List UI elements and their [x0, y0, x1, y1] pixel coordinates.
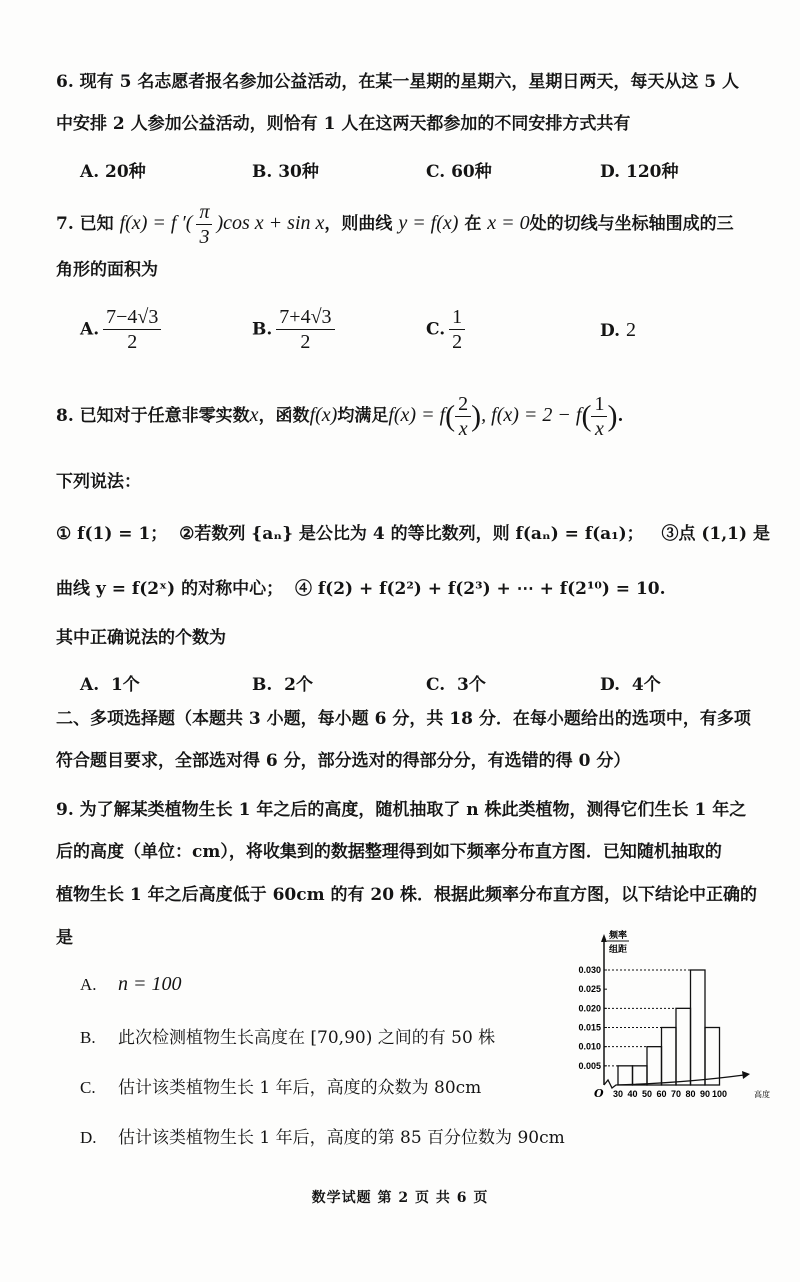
svg-text:70: 70: [671, 1089, 681, 1099]
q8-statements-line1: ① f(1) = 1； ②若数列 {aₙ} 是公比为 4 的等比数列，则 f(a…: [56, 522, 770, 546]
q8-stem: 8. 已知对于任意非零实数x，函数f(x)均满足f(x) = f(2x), f(…: [56, 392, 770, 441]
q8-statement-3-part1: ③点 (1,1) 是: [661, 524, 770, 544]
q7-pi-over-3: π3: [196, 200, 212, 249]
q8-question: 其中正确说法的个数为: [56, 626, 770, 650]
svg-text:频率: 频率: [609, 929, 627, 941]
q6-option-a[interactable]: A. 20种: [80, 157, 146, 182]
q8-statements-line2: 曲线 y = f(2ˣ) 的对称中心； ④ f(2) + f(2²) + f(2…: [56, 577, 770, 601]
svg-text:30: 30: [613, 1089, 623, 1099]
section2-heading-line1: 二、多项选择题（本题共 3 小题，每小题 6 分，共 18 分．在每小题给出的选…: [56, 707, 770, 731]
frequency-histogram: 频率组距0.0050.0100.0150.0200.0250.030304050…: [560, 930, 750, 1105]
page-footer: 数学试题 第 2 页 共 6 页: [0, 1187, 800, 1207]
histogram-svg: 频率组距0.0050.0100.0150.0200.0250.030304050…: [560, 930, 750, 1105]
q9-option-d[interactable]: D.估计该类植物生长 1 年后，高度的第 85 百分位数为 90cm: [80, 1123, 565, 1148]
q8-option-b[interactable]: B. 2个: [252, 670, 313, 695]
q7-options: A.7−4√32 B.7+4√32 C.12 D. 2: [80, 305, 760, 365]
svg-text:80: 80: [685, 1089, 695, 1099]
q7-stem-line1: 7. 已知 f(x) = f ′(π3)cos x + sin x，则曲线 y …: [56, 200, 770, 249]
svg-text:60: 60: [656, 1089, 666, 1099]
q9-stem-line3: 植物生长 1 年之后高度低于 60cm 的有 20 株．根据此频率分布直方图，以…: [56, 883, 770, 907]
svg-text:0.010: 0.010: [578, 1042, 601, 1052]
q6-options: A. 20种 B. 30种 C. 60种 D. 120种: [80, 157, 760, 197]
q7-option-a[interactable]: A.7−4√32: [80, 305, 165, 354]
q8-statement-3-part2: 曲线 y = f(2ˣ) 的对称中心；: [56, 579, 283, 599]
q8-option-a[interactable]: A. 1个: [80, 670, 140, 695]
q6-stem-line1: 6. 现有 5 名志愿者报名参加公益活动，在某一星期的星期六，星期日两天，每天从…: [56, 70, 770, 94]
svg-text:0.030: 0.030: [578, 965, 601, 975]
svg-text:90: 90: [700, 1089, 710, 1099]
section2-heading-line2: 符合题目要求，全部选对得 6 分，部分选对的得部分分，有选错的得 0 分）: [56, 749, 770, 773]
q8-intro: 下列说法：: [56, 470, 770, 494]
q9-stem-line1: 9. 为了解某类植物生长 1 年之后的高度，随机抽取了 n 株此类植物，测得它们…: [56, 798, 770, 822]
svg-text:100: 100: [712, 1089, 727, 1099]
q8-option-d[interactable]: D. 4个: [600, 670, 661, 695]
svg-text:0.005: 0.005: [578, 1061, 601, 1071]
q7-option-d[interactable]: D. 2: [600, 319, 636, 342]
svg-text:0.015: 0.015: [578, 1023, 601, 1033]
q9-option-a[interactable]: A.n = 100: [80, 973, 182, 996]
q9-stem-line2: 后的高度（单位：cm），将收集到的数据整理得到如下频率分布直方图．已知随机抽取的: [56, 840, 770, 864]
q9-option-b[interactable]: B.此次检测植物生长高度在 [70,90) 之间的有 50 株: [80, 1023, 495, 1048]
svg-text:0.020: 0.020: [578, 1003, 601, 1013]
svg-text:高度: 高度: [754, 1089, 770, 1099]
q6-stem-line2: 中安排 2 人参加公益活动，则恰有 1 人在这两天都参加的不同安排方式共有: [56, 112, 770, 136]
q6-option-d[interactable]: D. 120种: [600, 157, 678, 182]
q6-option-b[interactable]: B. 30种: [252, 157, 319, 182]
svg-text:50: 50: [642, 1089, 652, 1099]
svg-text:O: O: [594, 1087, 604, 1100]
q8-statement-2: ②若数列 {aₙ} 是公比为 4 的等比数列，则 f(aₙ) = f(a₁)；: [179, 524, 644, 544]
q7-option-c[interactable]: C.12: [426, 305, 469, 354]
svg-text:40: 40: [627, 1089, 637, 1099]
q6-option-c[interactable]: C. 60种: [426, 157, 492, 182]
q8-option-c[interactable]: C. 3个: [426, 670, 486, 695]
q8-options: A. 1个 B. 2个 C. 3个 D. 4个: [80, 670, 760, 710]
q8-statement-1: ① f(1) = 1；: [56, 524, 167, 544]
q9-option-c[interactable]: C.估计该类植物生长 1 年后，高度的众数为 80cm: [80, 1073, 481, 1098]
q8-statement-4: ④ f(2) + f(2²) + f(2³) + ⋯ + f(2¹⁰) = 10…: [295, 579, 666, 599]
q7-stem-line2: 角形的面积为: [56, 258, 770, 282]
svg-text:0.025: 0.025: [578, 984, 601, 994]
q7-option-b[interactable]: B.7+4√32: [252, 305, 339, 354]
svg-text:组距: 组距: [609, 943, 627, 955]
